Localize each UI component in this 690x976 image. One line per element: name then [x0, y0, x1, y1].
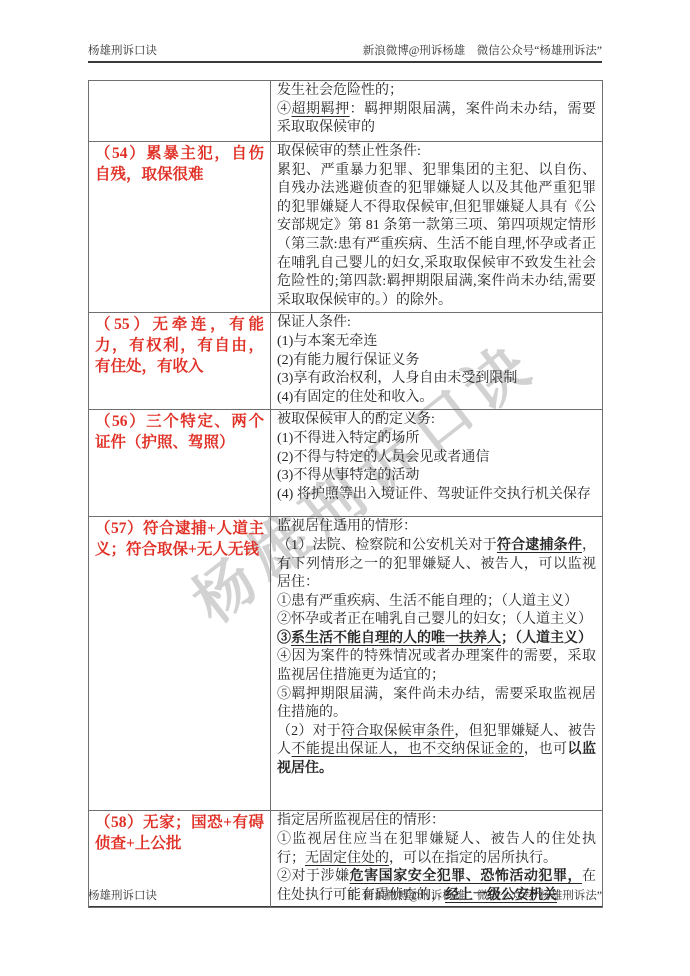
text-segment: 指定居所监视居住的情形： [277, 813, 445, 828]
text-segment: 经上一级公安机关 [445, 888, 557, 903]
text-segment: (2)有能力履行保证义务 [277, 353, 419, 368]
mnemonic-label: （57）符合逮捕+人道主义；符合取保+无人无钱 [95, 518, 264, 560]
text-segment: ①患有严重疾病、生活不能自理的；（人道主义） [277, 594, 578, 609]
text-segment: 取保候审的禁止性条件: [277, 144, 421, 159]
text-segment: (2)不得与特定的人员会见或者通信 [277, 450, 489, 465]
text-segment: 发生社会危险性的； [277, 83, 403, 98]
text-segment: ；（人道主义） [501, 631, 592, 646]
mnemonic-cell: （56）三个特定、两个证件（护照、驾照） [89, 410, 271, 517]
paragraph: ①患有严重疾病、生活不能自理的；（人道主义） [277, 593, 596, 612]
rules-table-body: 发生社会危险性的；④超期羁押：羁押期限届满，案件尚未办结，需要采取取保候审的（5… [89, 81, 603, 908]
page-header: 杨雄刑诉口诀 新浪微博@刑诉杨雄 微信公众号“杨雄刑诉法” [88, 44, 602, 58]
paragraph: (3)不得从事特定的活动 [277, 467, 596, 486]
paragraph: ①监视居住应当在犯罪嫌疑人、被告人的住处执行；无固定住处的，可以在指定的居所执行… [277, 831, 596, 868]
content-cell: 被取保候审人的酌定义务:(1)不得进入特定的场所(2)不得与特定的人员会见或者通… [271, 410, 603, 517]
mnemonic-label: （54）累暴主犯，自伤自残，取保很难 [95, 143, 264, 185]
mnemonic-label: （58）无家；国恐+有碍侦查+上公批 [95, 812, 264, 854]
paragraph: 累犯、严重暴力犯罪、犯罪集团的主犯、以自伤、自残办法逃避侦查的犯罪嫌疑人以及其他… [277, 162, 596, 311]
text-segment: ，可以在指定的居所执行。 [389, 851, 557, 866]
content-cell: 发生社会危险性的；④超期羁押：羁押期限届满，案件尚未办结，需要采取取保候审的 [271, 81, 603, 142]
text-segment: 符合取保候审条件 [341, 724, 454, 739]
paragraph: ②怀孕或者正在哺乳自己婴儿的妇女；（人道主义） [277, 611, 596, 630]
paragraph: （1）法院、检察院和公安机关对于符合逮捕条件，有下列情形之一的犯罪嫌疑人、被告人… [277, 537, 596, 593]
content-cell: 监视居住适用的情形：（1）法院、检察院和公安机关对于符合逮捕条件，有下列情形之一… [271, 517, 603, 811]
text-segment: (3)享有政治权利，人身自由未受到限制 [277, 371, 517, 386]
paragraph: (2)有能力履行保证义务 [277, 352, 596, 371]
text-segment: (1)与本案无牵连 [277, 334, 377, 349]
text-segment: 超期羁押 [292, 102, 350, 117]
paragraph: 指定居所监视居住的情形： [277, 812, 596, 831]
paragraph: 保证人条件: [277, 314, 596, 333]
paragraph: (1)不得进入特定的场所 [277, 430, 596, 449]
paragraph: ⑤羁押期限届满，案件尚未办结，需要采取监视居住措施的。 [277, 686, 596, 723]
text-segment: ④ [277, 102, 292, 117]
mnemonic-cell: （54）累暴主犯，自伤自残，取保很难 [89, 142, 271, 313]
rules-table: 发生社会危险性的；④超期羁押：羁押期限届满，案件尚未办结，需要采取取保候审的（5… [88, 80, 603, 908]
mnemonic-cell: （55）无牵连，有能力，有权利，有自由，有住处，有收入 [89, 313, 271, 410]
mnemonic-cell: （58）无家；国恐+有碍侦查+上公批 [89, 811, 271, 908]
text-segment: 保证人条件: [277, 315, 351, 330]
text-segment: ，也可 [524, 742, 568, 757]
text-segment: （2）对于 [277, 724, 341, 739]
text-segment: 不能提出保证人，也不交纳保证金的 [292, 742, 524, 757]
table-row: （58）无家；国恐+有碍侦查+上公批指定居所监视居住的情形：①监视居住应当在犯罪… [89, 811, 603, 908]
text-segment: (4)有固定的住处和收入。 [277, 390, 433, 405]
paragraph: (1)与本案无牵连 [277, 333, 596, 352]
text-segment: (1)不得进入特定的场所 [277, 431, 419, 446]
text-segment: ④因为案件的特殊情况或者办理案件的需要，采取监视居住措施更为适宜的； [277, 649, 596, 683]
paragraph: (3)享有政治权利，人身自由未受到限制 [277, 370, 596, 389]
paragraph: 监视居住适用的情形： [277, 518, 596, 537]
text-segment: 监视居住适用的情形： [277, 519, 417, 534]
table-row: （56）三个特定、两个证件（护照、驾照）被取保候审人的酌定义务:(1)不得进入特… [89, 410, 603, 517]
paragraph: (2)不得与特定的人员会见或者通信 [277, 449, 596, 468]
mnemonic-label: （55）无牵连，有能力，有权利，有自由，有住处，有收入 [95, 314, 264, 377]
table-row: （55）无牵连，有能力，有权利，有自由，有住处，有收入保证人条件:(1)与本案无… [89, 313, 603, 410]
text-segment: 危害国家安全犯罪、恐怖活动犯罪， [350, 869, 582, 884]
text-segment: 被取保候审人的酌定义务: [277, 412, 435, 427]
paragraph: （2）对于符合取保候审条件，但犯罪嫌疑人、被告人不能提出保证人，也不交纳保证金的… [277, 723, 596, 779]
header-divider [88, 61, 602, 63]
paragraph: ②对于涉嫌危害国家安全犯罪、恐怖活动犯罪，在住处执行可能有碍侦查的，经上一级公安… [277, 868, 596, 905]
text-segment: 累犯、严重暴力犯罪、犯罪集团的主犯、以自伤、自残办法逃避侦查的犯罪嫌疑人以及其他… [277, 163, 596, 308]
content-cell: 取保候审的禁止性条件:累犯、严重暴力犯罪、犯罪集团的主犯、以自伤、自残办法逃避侦… [271, 142, 603, 313]
text-segment: ⑤羁押期限届满，案件尚未办结，需要采取监视居住措施的。 [277, 687, 596, 721]
paragraph: 被取保候审人的酌定义务: [277, 411, 596, 430]
paragraph: ③系生活不能自理的人的唯一扶养人；（人道主义） [277, 630, 596, 649]
text-segment: (4) 将护照等出入境证件、驾驶证件交执行机关保存 [277, 487, 591, 502]
paragraph: 发生社会危险性的； [277, 82, 596, 101]
mnemonic-cell: （57）符合逮捕+人道主义；符合取保+无人无钱 [89, 517, 271, 811]
table-row: （54）累暴主犯，自伤自残，取保很难取保候审的禁止性条件:累犯、严重暴力犯罪、犯… [89, 142, 603, 313]
content-cell: 指定居所监视居住的情形：①监视居住应当在犯罪嫌疑人、被告人的住处执行；无固定住处… [271, 811, 603, 908]
text-segment: 无固定住处的 [305, 851, 389, 866]
text-segment: 系生活不能自理的人的唯一扶养人 [291, 631, 501, 646]
text-segment: 符合逮捕条件 [497, 538, 582, 553]
mnemonic-cell [89, 81, 271, 142]
table-row: （57）符合逮捕+人道主义；符合取保+无人无钱监视居住适用的情形：（1）法院、检… [89, 517, 603, 811]
content-cell: 保证人条件:(1)与本案无牵连(2)有能力履行保证义务(3)享有政治权利，人身自… [271, 313, 603, 410]
table-row: 发生社会危险性的；④超期羁押：羁押期限届满，案件尚未办结，需要采取取保候审的 [89, 81, 603, 142]
header-right-info: 新浪微博@刑诉杨雄 微信公众号“杨雄刑诉法” [363, 44, 602, 58]
paragraph: 取保候审的禁止性条件: [277, 143, 596, 162]
text-segment: ③ [277, 631, 291, 646]
paragraph: (4) 将护照等出入境证件、驾驶证件交执行机关保存 [277, 486, 596, 505]
text-segment: ②怀孕或者正在哺乳自己婴儿的妇女；（人道主义） [277, 612, 592, 627]
mnemonic-label: （56）三个特定、两个证件（护照、驾照） [95, 411, 264, 453]
paragraph: (4)有固定的住处和收入。 [277, 389, 596, 408]
document-page: 杨雄刑诉口诀 杨雄刑诉口诀 新浪微博@刑诉杨雄 微信公众号“杨雄刑诉法” 发生社… [0, 0, 690, 976]
paragraph: ④超期羁押：羁押期限届满，案件尚未办结，需要采取取保候审的 [277, 101, 596, 138]
text-segment: （1）法院、检察院和公安机关对于 [277, 538, 497, 553]
header-left-title: 杨雄刑诉口诀 [88, 44, 157, 58]
text-segment: (3)不得从事特定的活动 [277, 468, 419, 483]
paragraph: ④因为案件的特殊情况或者办理案件的需要，采取监视居住措施更为适宜的； [277, 648, 596, 685]
text-segment: ②对于涉嫌 [277, 869, 350, 884]
